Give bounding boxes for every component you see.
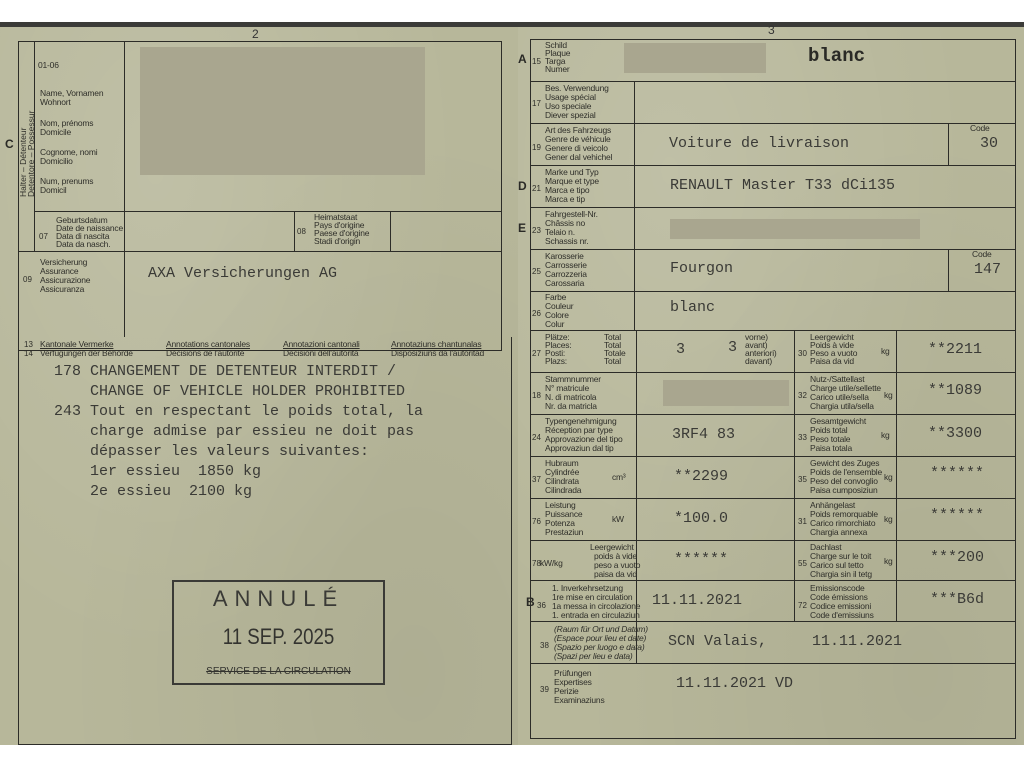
- body-value: Fourgon: [670, 260, 733, 277]
- inspections-value: 11.11.2021 VD: [676, 675, 793, 692]
- annotation-line: CHANGE OF VEHICLE HOLDER PROHIBITED: [54, 383, 405, 400]
- first-registration-value: 11.11.2021: [652, 592, 742, 609]
- annotation-line: 2e essieu 2100 kg: [54, 483, 252, 500]
- stamp-title: ANNULÉ: [174, 586, 383, 612]
- holder-field-number: 01-06: [38, 61, 59, 70]
- total-weight-value: **3300: [928, 425, 982, 442]
- payload-value: **1089: [928, 382, 982, 399]
- power-value: *100.0: [674, 510, 728, 527]
- place-date-value: SCN Valais, 11.11.2021: [668, 633, 902, 650]
- plate-color: blanc: [808, 45, 865, 67]
- section-letter-c: C: [5, 137, 14, 151]
- vehicle-type-value: Voiture de livraison: [669, 135, 849, 152]
- stamp-footer: SERVICE DE LA CIRCULATION: [174, 666, 383, 677]
- towing-weight-value: ******: [930, 507, 984, 524]
- displacement-value: **2299: [674, 468, 728, 485]
- roof-load-value: ***200: [930, 549, 984, 566]
- matricule-redacted: [663, 380, 789, 406]
- page-number-left: 2: [252, 27, 259, 41]
- annotation-line: charge admise par essieu ne doit pas: [54, 423, 414, 440]
- train-weight-value: ******: [930, 465, 984, 482]
- annotation-line: 1er essieu 1850 kg: [54, 463, 261, 480]
- plate-number-redacted: [624, 43, 766, 73]
- annule-stamp: ANNULÉ 11 SEP. 2025 SERVICE DE LA CIRCUL…: [172, 580, 385, 685]
- page-number-right: 3: [768, 23, 775, 37]
- color-value: blanc: [670, 299, 715, 316]
- annotation-line: 178 CHANGEMENT DE DETENTEUR INTERDIT /: [54, 363, 396, 380]
- holder-name-redacted: [140, 47, 425, 175]
- type-approval-value: 3RF4 83: [672, 426, 735, 443]
- insurance-value: AXA Versicherungen AG: [148, 265, 337, 282]
- chassis-number-redacted: [670, 219, 920, 239]
- annotation-line: 243 Tout en respectant le poids total, l…: [54, 403, 423, 420]
- body-code: 147: [974, 261, 1001, 278]
- seats-total: 3: [676, 341, 685, 358]
- right-page: 3 A 15 Schild Plaque Targa Numer blanc 1…: [518, 27, 1024, 745]
- make-model-value: RENAULT Master T33 dCi135: [670, 177, 895, 194]
- vertical-label-2: Detentore – Possessur: [26, 111, 36, 197]
- stamp-date: 11 SEP. 2025: [190, 624, 368, 650]
- annotation-line: dépasser les valeurs suivantes:: [54, 443, 369, 460]
- vehicle-type-code: 30: [980, 135, 998, 152]
- power-to-weight-value: ******: [674, 551, 728, 568]
- empty-weight-value: **2211: [928, 341, 982, 358]
- seats-front: 3: [728, 339, 737, 356]
- emission-code-value: ***B6d: [930, 591, 984, 608]
